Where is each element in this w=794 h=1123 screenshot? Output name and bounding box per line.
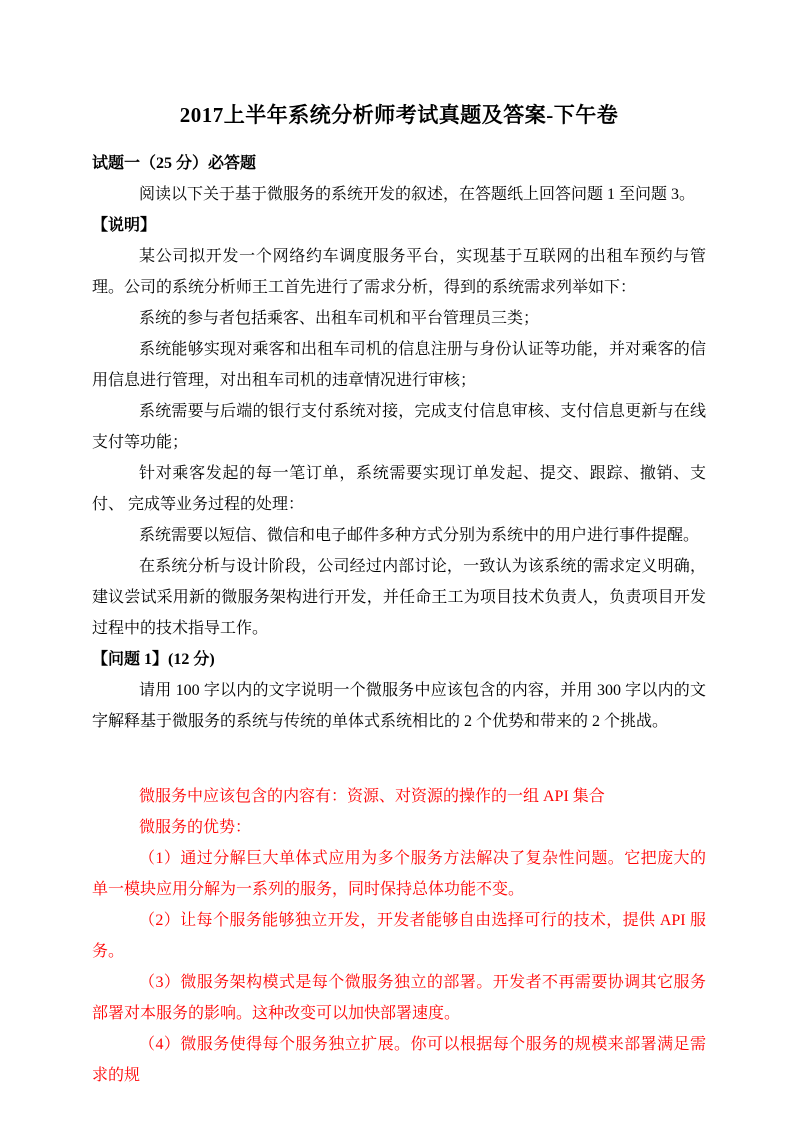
question1-heading: 试题一（25 分）必答题: [92, 148, 706, 179]
answer-paragraph-2: 微服务的优势：: [92, 812, 706, 843]
problem1-body: 请用 100 字以内的文字说明一个微服务中应该包含的内容，并用 300 字以内的…: [92, 675, 706, 737]
document-content: 2017上半年系统分析师考试真题及答案-下午卷 试题一（25 分）必答题 阅读以…: [92, 100, 706, 1091]
problem1-heading: 【问题 1】(12 分): [92, 644, 706, 675]
exam-title: 2017上半年系统分析师考试真题及答案-下午卷: [92, 100, 706, 130]
explanation-paragraph-1: 某公司拟开发一个网络约车调度服务平台，实现基于互联网的出租车预约与管理。公司的系…: [92, 241, 706, 303]
explanation-label: 【说明】: [92, 210, 706, 241]
answer-section: 微服务中应该包含的内容有：资源、对资源的操作的一组 API 集合 微服务的优势：…: [92, 781, 706, 1091]
explanation-paragraph-7: 在系统分析与设计阶段，公司经过内部讨论，一致认为该系统的需求定义明确，建议尝试采…: [92, 551, 706, 644]
explanation-paragraph-5: 针对乘客发起的每一笔订单，系统需要实现订单发起、提交、跟踪、撤销、支付、 完成等…: [92, 458, 706, 520]
explanation-paragraph-2: 系统的参与者包括乘客、出租车司机和平台管理员三类；: [92, 303, 706, 334]
answer-paragraph-1: 微服务中应该包含的内容有：资源、对资源的操作的一组 API 集合: [92, 781, 706, 812]
document-page: 2017上半年系统分析师考试真题及答案-下午卷 试题一（25 分）必答题 阅读以…: [0, 0, 794, 1123]
answer-paragraph-4: （2）让每个服务能够独立开发，开发者能够自由选择可行的技术，提供 API 服务。: [92, 905, 706, 967]
explanation-paragraph-6: 系统需要以短信、微信和电子邮件多种方式分别为系统中的用户进行事件提醒。: [92, 520, 706, 551]
explanation-paragraph-3: 系统能够实现对乘客和出租车司机的信息注册与身份认证等功能，并对乘客的信用信息进行…: [92, 334, 706, 396]
answer-paragraph-3: （1）通过分解巨大单体式应用为多个服务方法解决了复杂性问题。它把庞大的单一模块应…: [92, 843, 706, 905]
answer-paragraph-6: （4）微服务使得每个服务独立扩展。你可以根据每个服务的规模来部署满足需求的规: [92, 1029, 706, 1091]
answer-paragraph-5: （3）微服务架构模式是每个微服务独立的部署。开发者不再需要协调其它服务部署对本服…: [92, 967, 706, 1029]
question1-intro: 阅读以下关于基于微服务的系统开发的叙述，在答题纸上回答问题 1 至问题 3。: [92, 179, 706, 210]
explanation-paragraph-4: 系统需要与后端的银行支付系统对接，完成支付信息审核、支付信息更新与在线支付等功能…: [92, 396, 706, 458]
